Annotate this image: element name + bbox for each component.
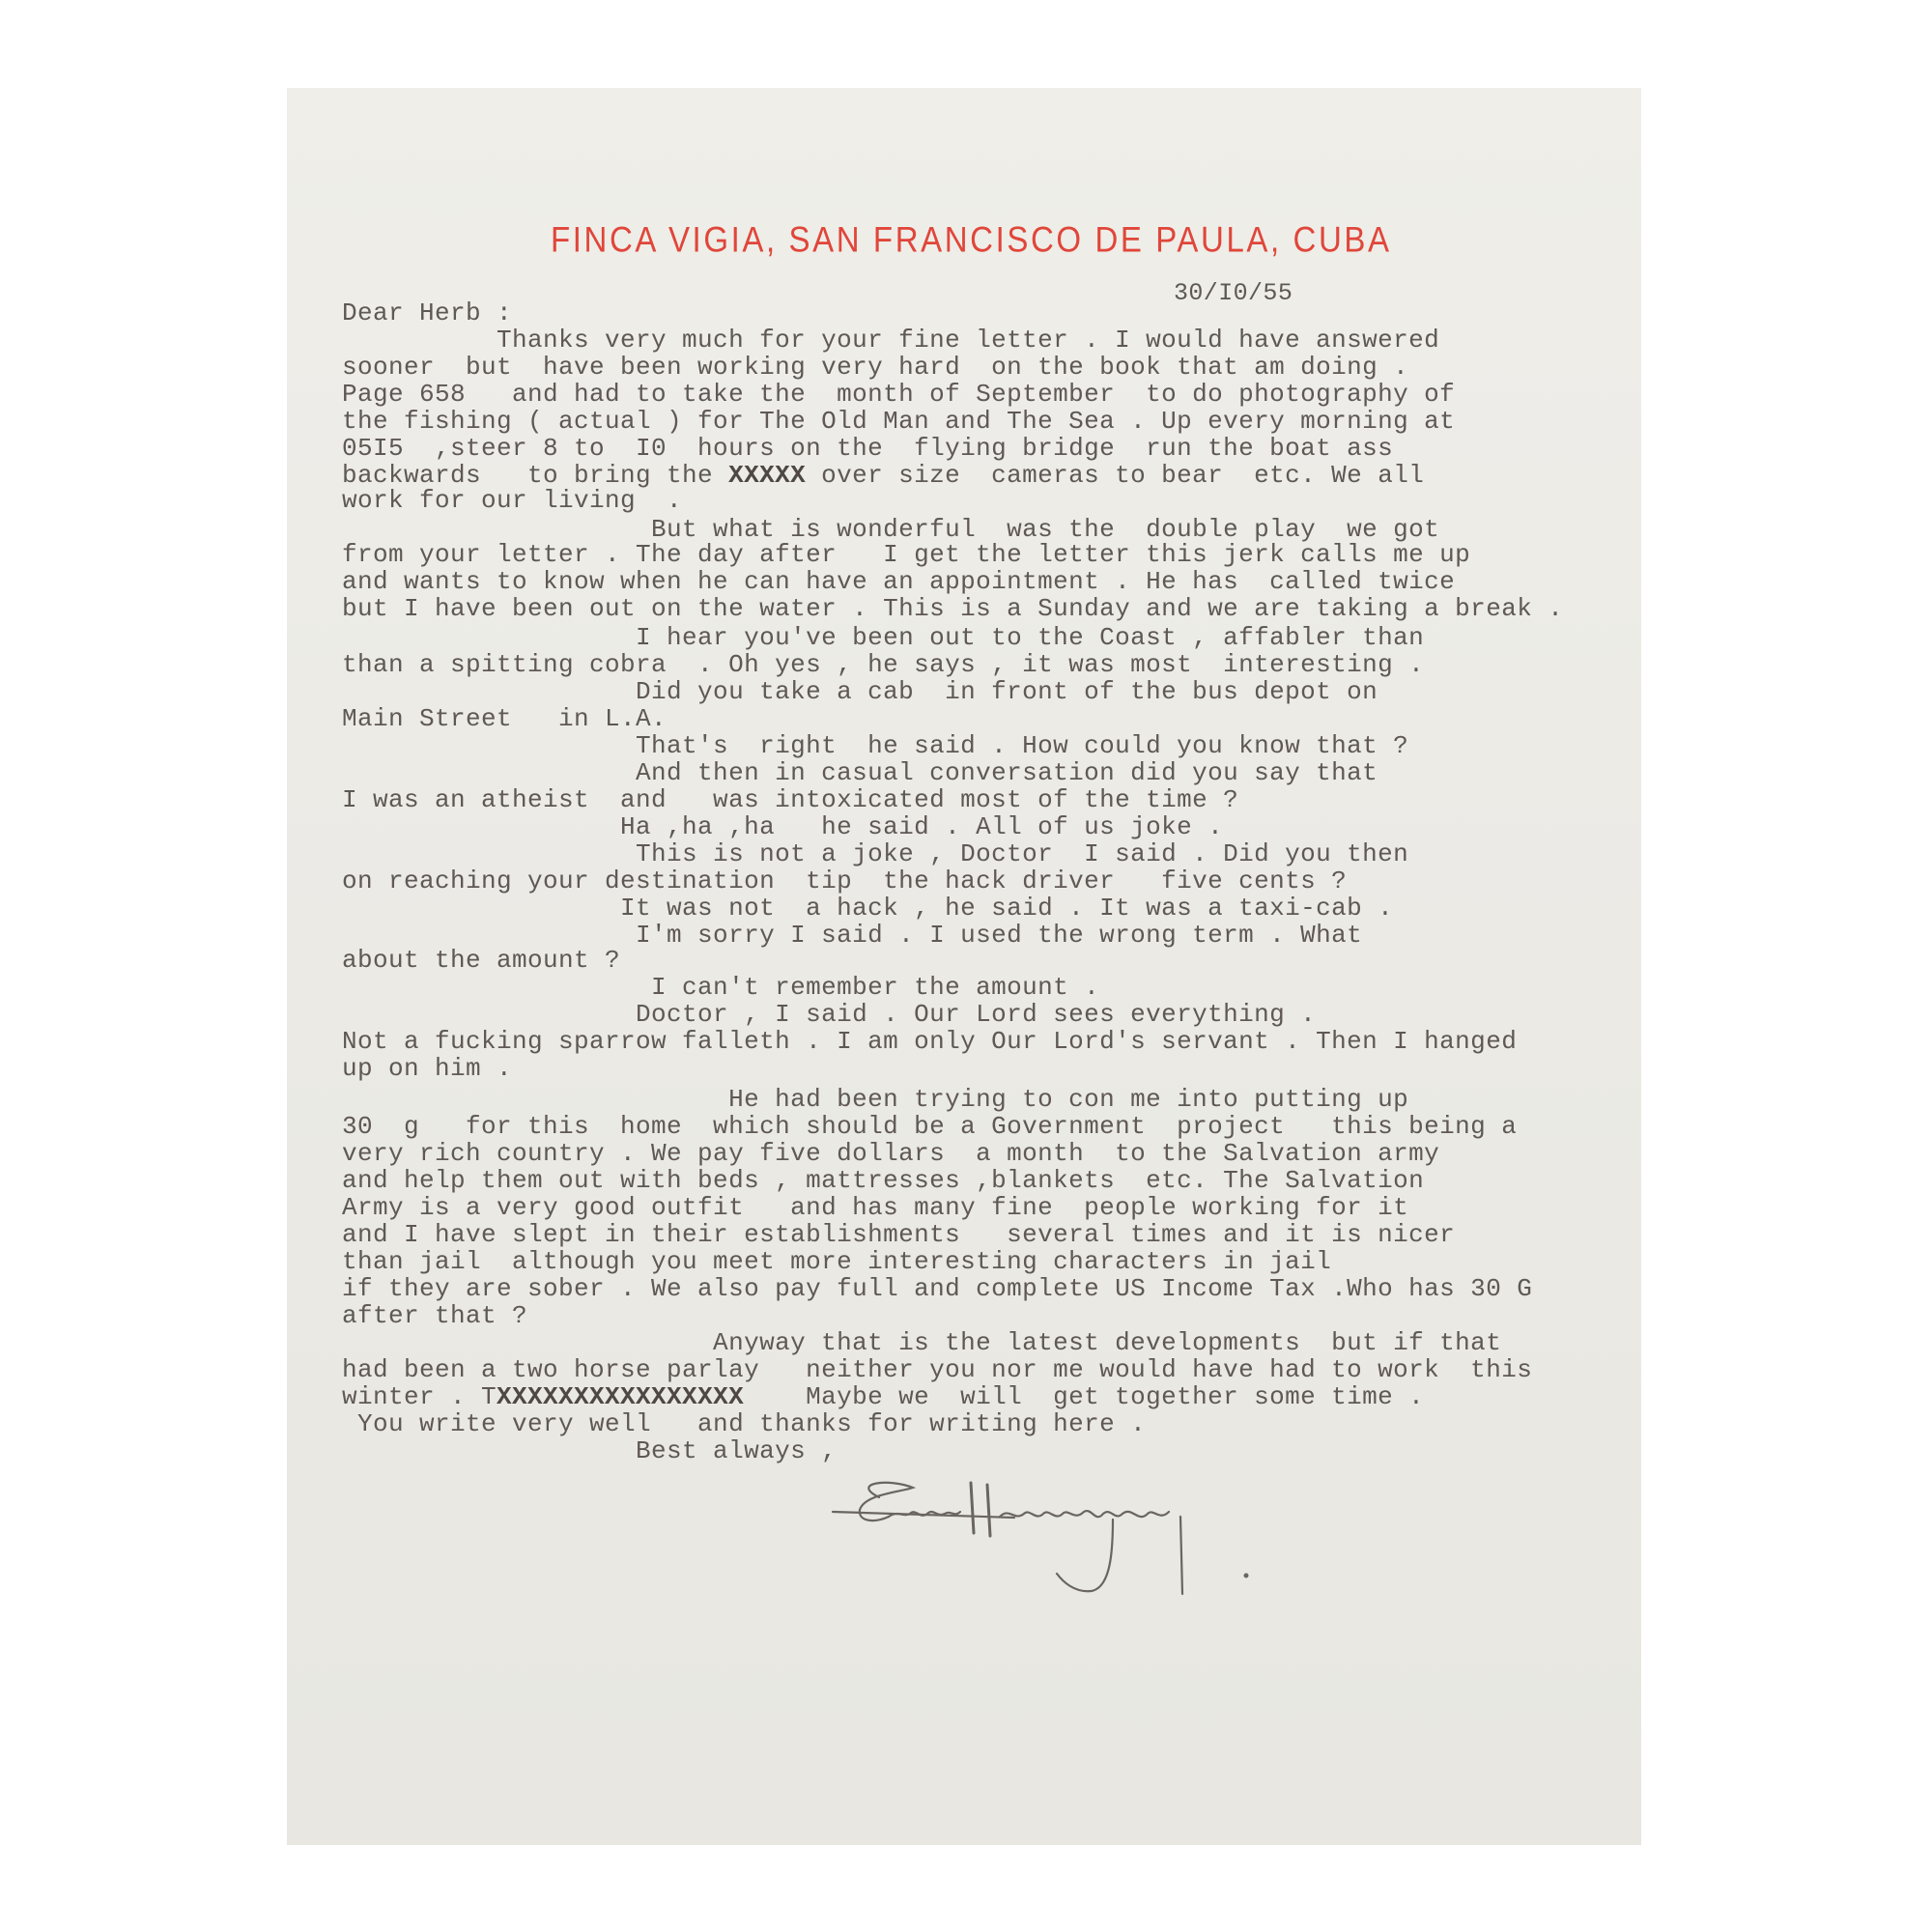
body-line: Ha ,ha ,ha he said . All of us joke . <box>342 813 1223 840</box>
body-line: Main Street in L.A. <box>342 705 667 732</box>
body-line: than jail although you meet more interes… <box>342 1248 1331 1275</box>
letterhead: FINCA VIGIA, SAN FRANCISCO DE PAULA, CUB… <box>551 219 1392 261</box>
letter-date: 30/I0/55 <box>1174 280 1293 307</box>
body-line: Did you take a cab in front of the bus d… <box>342 678 1378 705</box>
typed-strikeout: XXXXX <box>728 461 806 490</box>
body-line: and I have slept in their establishments… <box>342 1221 1455 1248</box>
body-line: It was not a hack , he said . It was a t… <box>342 895 1393 922</box>
body-line: He had been trying to con me into puttin… <box>342 1086 1408 1113</box>
body-line: than a spitting cobra . Oh yes , he says… <box>342 651 1424 678</box>
body-line: Not a fucking sparrow falleth . I am onl… <box>342 1028 1517 1055</box>
typed-strikeout: XXXXXXXXXXXXXXXX <box>497 1382 744 1411</box>
body-line: sooner but have been working very hard o… <box>342 354 1408 381</box>
body-line: You write very well and thanks for writi… <box>342 1410 1146 1437</box>
body-line: I'm sorry I said . I used the wrong term… <box>342 922 1362 949</box>
body-line: and help them out with beds , mattresses… <box>342 1167 1424 1194</box>
body-line: Doctor , I said . Our Lord sees everythi… <box>342 1001 1316 1028</box>
body-line: But what is wonderful was the double pla… <box>342 516 1439 543</box>
body-line: after that ? <box>342 1302 527 1329</box>
body-line: Anyway that is the latest developments b… <box>342 1329 1501 1356</box>
body-line: Page 658 and had to take the month of Se… <box>342 381 1455 408</box>
body-line: winter . TXXXXXXXXXXXXXXXX Maybe we will… <box>342 1383 1424 1410</box>
body-line: about the amount ? <box>342 947 620 974</box>
body-line: on reaching your destination tip the hac… <box>342 867 1347 895</box>
signature <box>821 1463 1285 1608</box>
body-line: Thanks very much for your fine letter . … <box>342 327 1439 354</box>
body-line: 05I5 ,steer 8 to I0 hours on the flying … <box>342 435 1393 462</box>
salutation: Dear Herb : <box>342 299 512 327</box>
body-line: Best always , <box>342 1437 837 1464</box>
body-line: and wants to know when he can have an ap… <box>342 568 1455 595</box>
body-line: work for our living . <box>342 487 682 514</box>
body-line: Army is a very good outfit and has many … <box>342 1194 1408 1221</box>
body-line: very rich country . We pay five dollars … <box>342 1140 1439 1167</box>
body-line: This is not a joke , Doctor I said . Did… <box>342 840 1408 867</box>
body-line: but I have been out on the water . This … <box>342 595 1563 622</box>
body-line: from your letter . The day after I get t… <box>342 541 1470 568</box>
body-line: I can't remember the amount . <box>342 974 1099 1001</box>
body-line: That's right he said . How could you kno… <box>342 732 1408 759</box>
body-line: the fishing ( actual ) for The Old Man a… <box>342 408 1455 435</box>
body-line: 30 g for this home which should be a Gov… <box>342 1113 1517 1140</box>
body-line: I hear you've been out to the Coast , af… <box>342 624 1424 651</box>
body-line: if they are sober . We also pay full and… <box>342 1275 1532 1302</box>
body-line: had been a two horse parlay neither you … <box>342 1356 1532 1383</box>
body-line: backwards to bring the XXXXX over size c… <box>342 462 1424 489</box>
body-line: I was an atheist and was intoxicated mos… <box>342 786 1238 813</box>
body-line: And then in casual conversation did you … <box>342 759 1378 786</box>
body-line: up on him . <box>342 1055 512 1082</box>
